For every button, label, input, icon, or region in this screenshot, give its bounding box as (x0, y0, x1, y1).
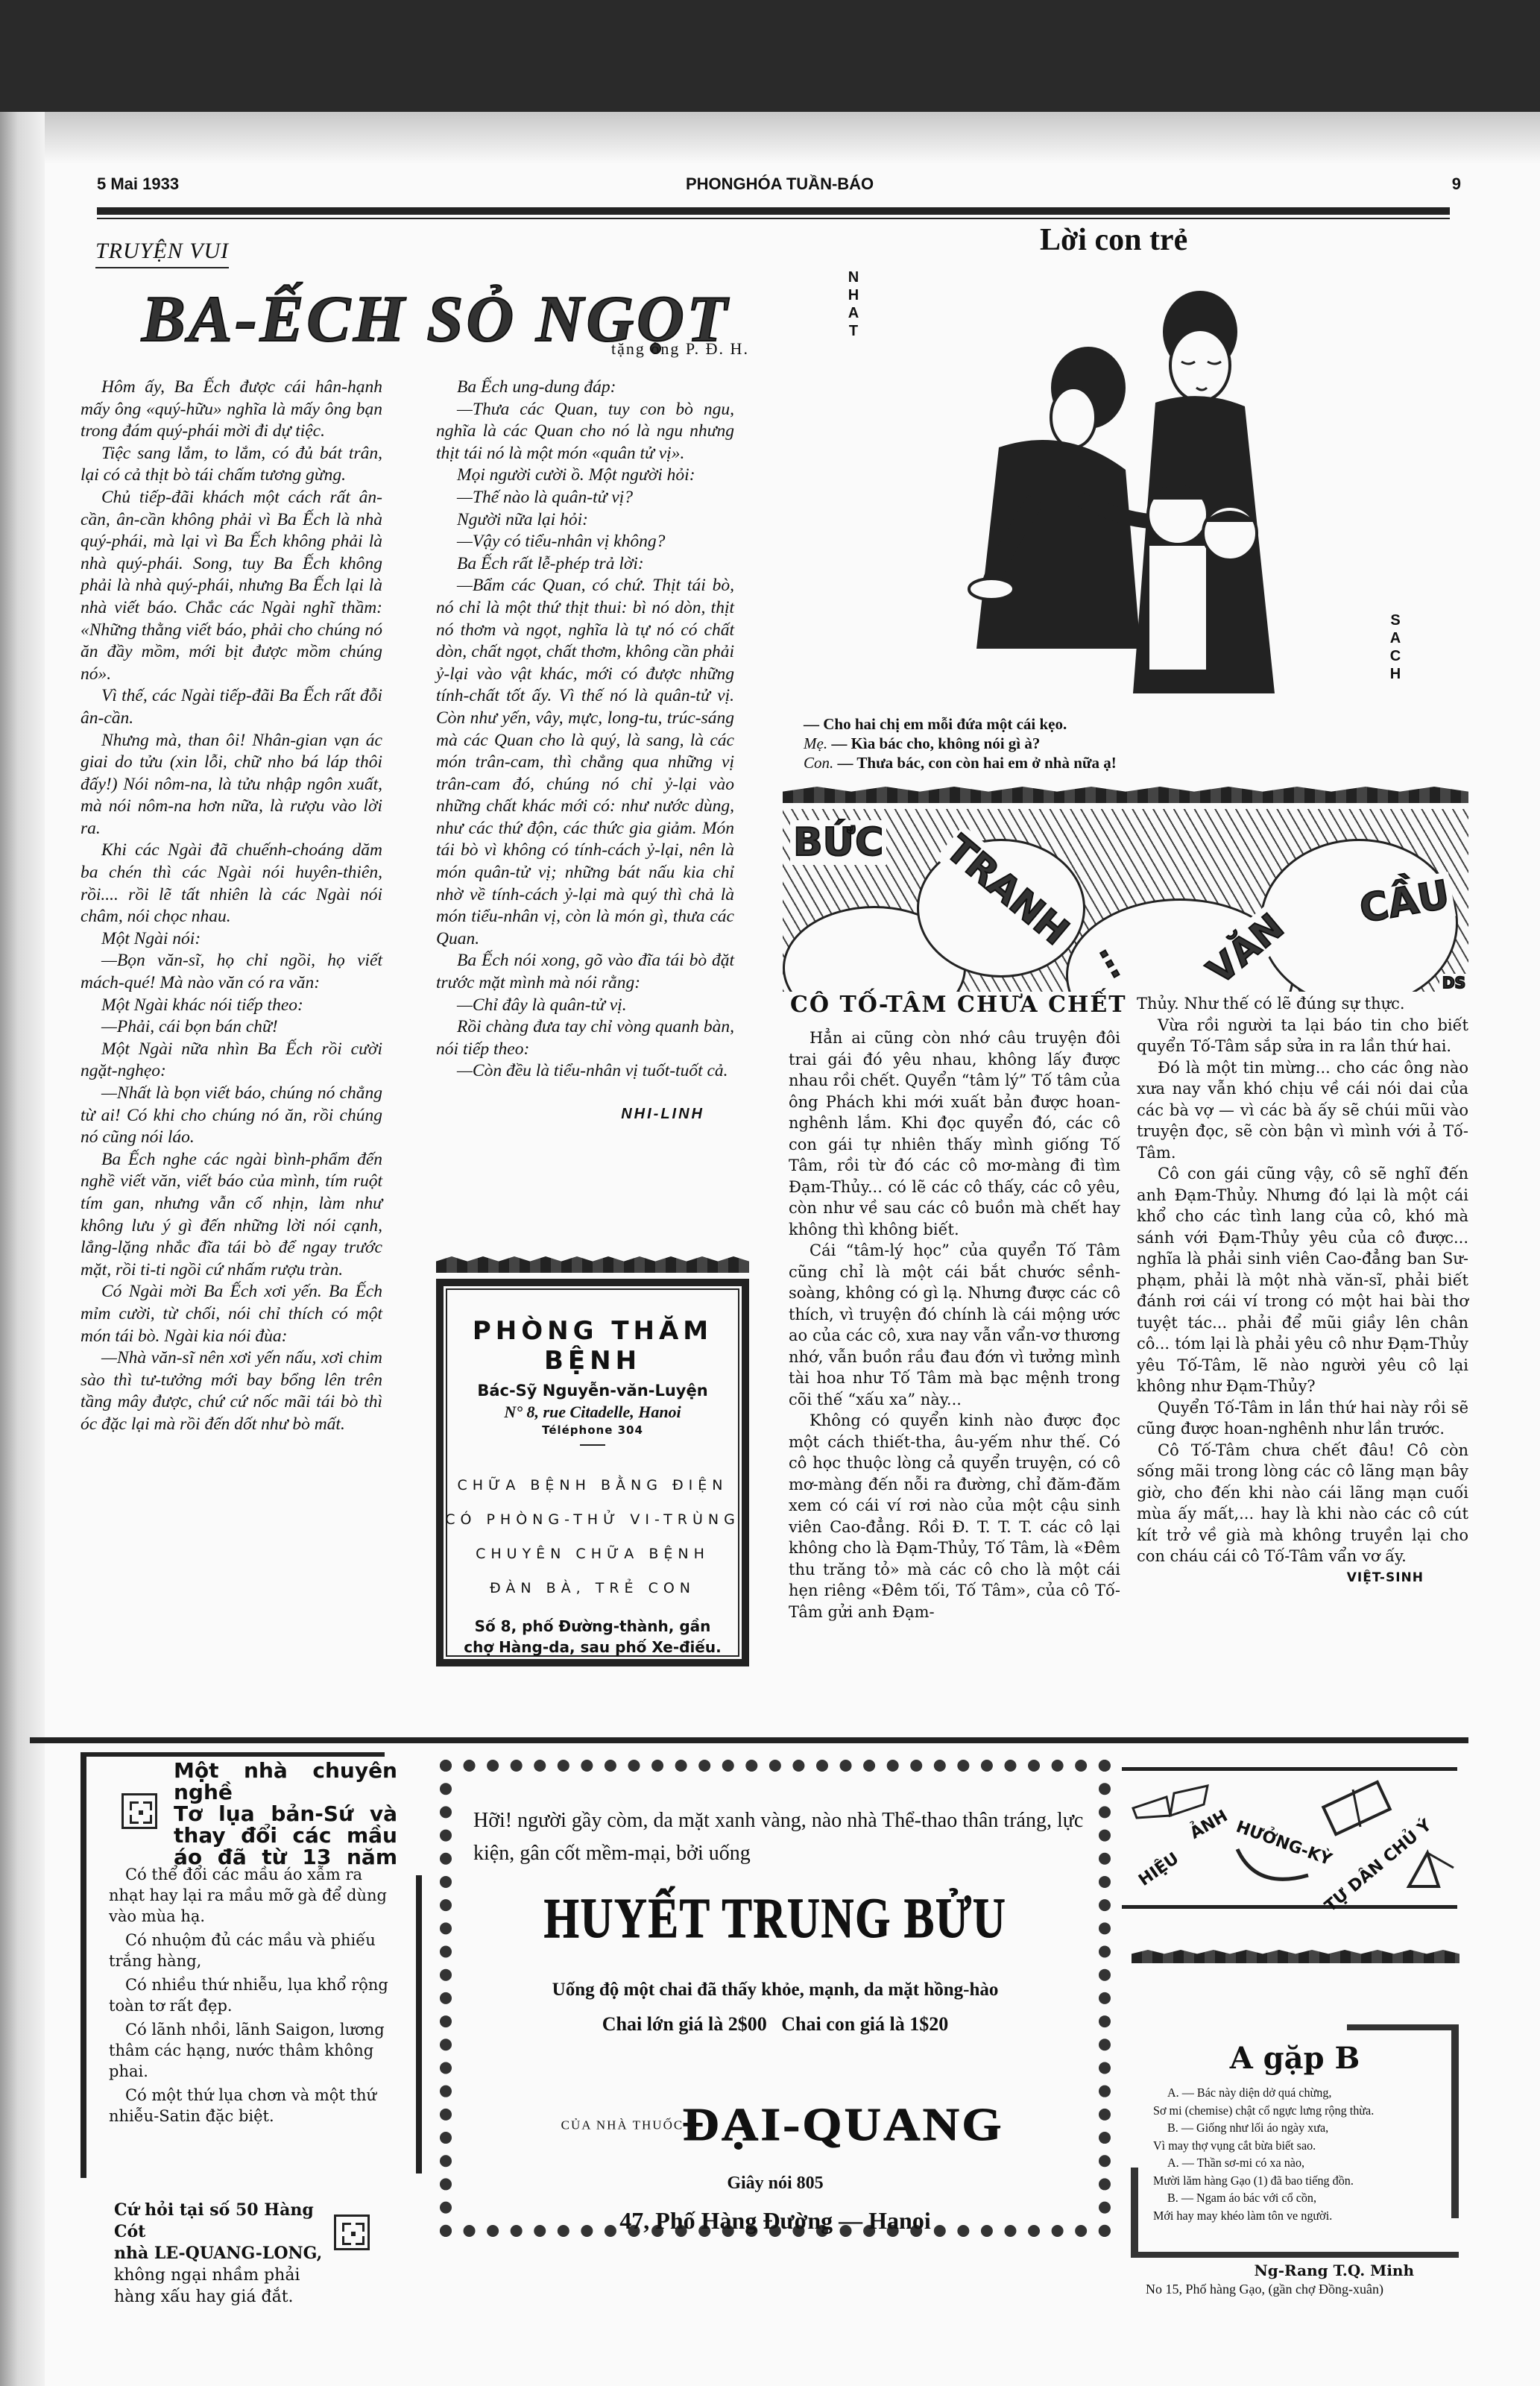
caption-line: Mẹ. — Kìa bác cho, không nói gì à? (804, 734, 1117, 753)
clinic-service: CÓ PHÒNG-THỬ VI-TRÙNG (444, 1502, 742, 1537)
clinic-service: CHỮA BỆNH BẰNG ĐIỆN (444, 1468, 742, 1502)
paragraph: —Còn đều là tiểu-nhân vị tuốt-tuốt cả. (436, 1060, 734, 1083)
essay-signature: VIỆT-SINH (1137, 1567, 1468, 1589)
paragraph: Mọi người cười ồ. Một người hỏi: (436, 465, 734, 487)
medicine-benefit: Uống độ một chai đã thấy khỏe, mạnh, da … (440, 1980, 1111, 2001)
clinic-advertisement: PHÒNG THĂM BỆNH Bác-Sỹ Nguyễn-văn-Luyện … (436, 1279, 749, 1666)
header-rule (97, 207, 1450, 219)
frame-icon (1319, 1778, 1394, 1838)
paragraph: Rồi chàng đưa tay chỉ vòng quanh bàn, nó… (436, 1016, 734, 1060)
medicine-intro: Hỡi! người gầy còm, da mặt xanh vàng, nà… (473, 1804, 1085, 1870)
medicine-prices: Chai lớn giá là 2$00 Chai con giá là 1$2… (440, 2013, 1111, 2036)
poem-address: No 15, Phố hàng Gạo, (gần chợ Đồng-xuân) (1146, 2282, 1383, 2297)
clinic-address-vn: Số 8, phố Đường-thành, gần chợ Hàng-da, … (444, 1616, 742, 1658)
paragraph: Cô con gái cũng vậy, cô sẽ nghĩ đến anh … (1137, 1163, 1468, 1397)
issue-date: 5 Mai 1933 (97, 174, 179, 194)
paragraph: —Phải, cái bọn bán chữ! (81, 1016, 382, 1039)
paragraph: Quyển Tố-Tâm in lần thứ hai này rồi sẽ c… (1137, 1397, 1468, 1440)
wavy-divider (1132, 1950, 1459, 1963)
pharmacy-name: ĐẠI-QUANG (683, 2099, 1004, 2152)
pharmacy-line: CỦA NHÀ THUỐC ĐẠI-QUANG (440, 2099, 1111, 2152)
paragraph: —Vậy có tiểu-nhân vị không? (436, 531, 734, 553)
paragraph: —Chỉ đây là quân-tử vị. (436, 995, 734, 1017)
scan-top-shadow (0, 0, 1540, 112)
scan-top-fade (0, 112, 1540, 164)
paragraph: Hẳn ai cũng còn nhớ câu truyện đôi trai … (789, 1027, 1120, 1240)
paragraph: Ba Ếch rất lễ-phép trả lời: (436, 553, 734, 576)
essay-title: CÔ TỐ-TÂM CHƯA CHẾT (790, 992, 1127, 1018)
artist-signature-left: NHAT (846, 268, 861, 340)
paragraph: Vì thế, các Ngài tiếp-đãi Ba Ếch rất đỗi… (81, 685, 382, 729)
banner-signature: DS (1439, 974, 1468, 992)
clinic-service: CHUYÊN CHỮA BỆNH (444, 1537, 742, 1571)
paragraph: Một Ngài khác nói tiếp theo: (81, 995, 382, 1017)
paragraph: Chủ tiếp-đãi khách một cách rất ân-cần, … (81, 487, 382, 685)
poem-title: A gặp B (1131, 2041, 1459, 2076)
paragraph: Thủy. Như thế có lẽ đúng sự thực. (1137, 993, 1468, 1015)
pharmacy-phone: Giây nói 805 (440, 2173, 1111, 2194)
scan-left-binding (0, 112, 45, 2386)
paragraph: Một Ngài nói: (81, 928, 382, 951)
cartoon-caption: — Cho hai chị em mỗi đứa một cái kẹo. Mẹ… (804, 714, 1117, 772)
story-column-b: Ba Ếch ung-dung đáp: —Thưa các Quan, tuy… (436, 377, 734, 1126)
paragraph: —Nhà văn-sĩ nên xơi yến nấu, xơi chim sà… (81, 1347, 382, 1435)
silk-advertisement: Một nhà chuyên nghề Tơ lụa bản-Sứ và tha… (81, 1752, 416, 2207)
influence-banner: HIỆU ẢNH HƯỞNG-KỲ TỰ DÂN CHỦ Ý (1122, 1767, 1457, 1909)
paragraph: Không có quyển kinh nào được đọc một các… (789, 1410, 1120, 1622)
story-signature: NHI-LINH (436, 1104, 734, 1126)
clinic-title: PHÒNG THĂM BỆNH (444, 1316, 742, 1376)
paragraph: —Nhất là bọn viết báo, chúng nó chẳng từ… (81, 1083, 382, 1149)
paragraph: Tiệc sang lắm, to lắm, có đủ bát trân, l… (81, 443, 382, 487)
paragraph: Cái “tâm-lý học” của quyển Tố Tâm cũng c… (789, 1240, 1120, 1410)
wavy-divider (436, 1256, 749, 1273)
paragraph: —Thưa các Quan, tuy con bò ngu, nghĩa là… (436, 399, 734, 465)
paragraph: Có Ngài mời Ba Ếch xơi yến. Ba Ếch mỉm c… (81, 1281, 382, 1347)
section-banner: BỨC TRANH ... VĂN CẦU DS (783, 809, 1468, 992)
page-number: 9 (1452, 174, 1461, 194)
meander-ornament-icon (334, 2215, 370, 2250)
paragraph: Ba Ếch nói xong, gõ vào đĩa tái bò đặt t… (436, 950, 734, 994)
meander-ornament-icon (122, 1793, 157, 1829)
caption-line: — Cho hai chị em mỗi đứa một cái kẹo. (804, 714, 1117, 734)
story-kicker: TRUYỆN VUI (95, 239, 229, 268)
poem-box: A gặp B A. — Bác này diện dở quá chừng, … (1131, 2024, 1459, 2218)
clinic-doctor: Bác-Sỹ Nguyễn-văn-Luyện (444, 1382, 742, 1400)
cartoon-title: Lời con trẻ (1040, 222, 1187, 258)
clinic-telephone: Téléphone 304 (444, 1423, 742, 1437)
poem-lines: A. — Bác này diện dở quá chừng, Sơ mi (c… (1153, 2084, 1436, 2224)
paragraph: Nhưng mà, than ôi! Nhân-gian vạn ác giai… (81, 730, 382, 840)
paragraph: Người nữa lại hỏi: (436, 509, 734, 532)
ad-frame (416, 1875, 422, 2173)
hat-icon (1405, 1842, 1457, 1894)
paragraph: —Thế nào là quân-tử vị? (436, 487, 734, 509)
silk-headline: Một nhà chuyên nghề Tơ lụa bản-Sứ và tha… (174, 1760, 397, 1868)
medicine-brand: HUYẾT TRUNG BỬU (507, 1886, 1044, 1951)
paragraph: —Bọn văn-sĩ, họ chỉ ngồi, họ viết mách-q… (81, 950, 382, 994)
essay-column-d: Thủy. Như thế có lẽ đúng sự thực. Vừa rồ… (1137, 993, 1468, 1588)
silk-body: Có thể đổi các mầu áo xẫm ra nhạt hay lạ… (109, 1864, 392, 2130)
medicine-advertisement: Hỡi! người gầy còm, da mặt xanh vàng, nà… (440, 1760, 1111, 2237)
paragraph: Ba Ếch nghe các ngài bình-phẩm đến nghề … (81, 1149, 382, 1282)
paragraph: Đó là một tin mừng... cho các ông nào xư… (1137, 1057, 1468, 1164)
poem-author: Ng-Rang T.Q. Minh (1254, 2261, 1414, 2279)
paragraph: Khi các Ngài đã chuếnh-choáng dăm ba ché… (81, 840, 382, 928)
wavy-divider (783, 787, 1468, 803)
page-header: 5 Mai 1933 PHONGHÓA TUẦN-BÁO 9 (97, 170, 1461, 200)
section-divider (30, 1737, 1468, 1743)
caption-line: Con. — Thưa bác, con còn hai em ở nhà nữ… (804, 753, 1117, 772)
paragraph: Ba Ếch ung-dung đáp: (436, 377, 734, 399)
clinic-service: ĐÀN BÀ, TRẺ CON (444, 1571, 742, 1605)
publication-name: PHONGHÓA TUẦN-BÁO (686, 174, 874, 194)
paragraph: —Bẩm các Quan, có chứ. Thịt tái bò, nó c… (436, 575, 734, 950)
paragraph: Hôm ấy, Ba Ếch được cái hân-hạnh mấy ông… (81, 377, 382, 443)
paragraph: Cô Tố-Tâm chưa chết đâu! Cô còn sống mãi… (1137, 1440, 1468, 1567)
story-dedication: tặng ông P. Đ. H. (611, 339, 749, 359)
essay-column-c: Hẳn ai cũng còn nhớ câu truyện đôi trai … (789, 1027, 1120, 1622)
divider (580, 1444, 605, 1446)
paragraph: Vừa rồi người ta lại báo tin cho biết qu… (1137, 1015, 1468, 1057)
cartoon-illustration-icon (887, 276, 1364, 701)
banner-word: BỨC (790, 820, 886, 865)
clinic-address-fr: N° 8, rue Citadelle, Hanoi (444, 1403, 742, 1422)
open-book-icon (1129, 1782, 1211, 1819)
artist-signature-right: SACH (1388, 611, 1403, 683)
silk-contact: Cứ hỏi tại số 50 Hàng Cót nhà LE-QUANG-L… (114, 2200, 330, 2308)
story-column-a: Hôm ấy, Ba Ếch được cái hân-hạnh mấy ông… (81, 377, 382, 1436)
pharmacy-address: 47, Phố Hàng Đường — Hanoi (440, 2207, 1111, 2235)
paragraph: Một Ngài nữa nhìn Ba Ếch rồi cười ngặt-n… (81, 1039, 382, 1083)
